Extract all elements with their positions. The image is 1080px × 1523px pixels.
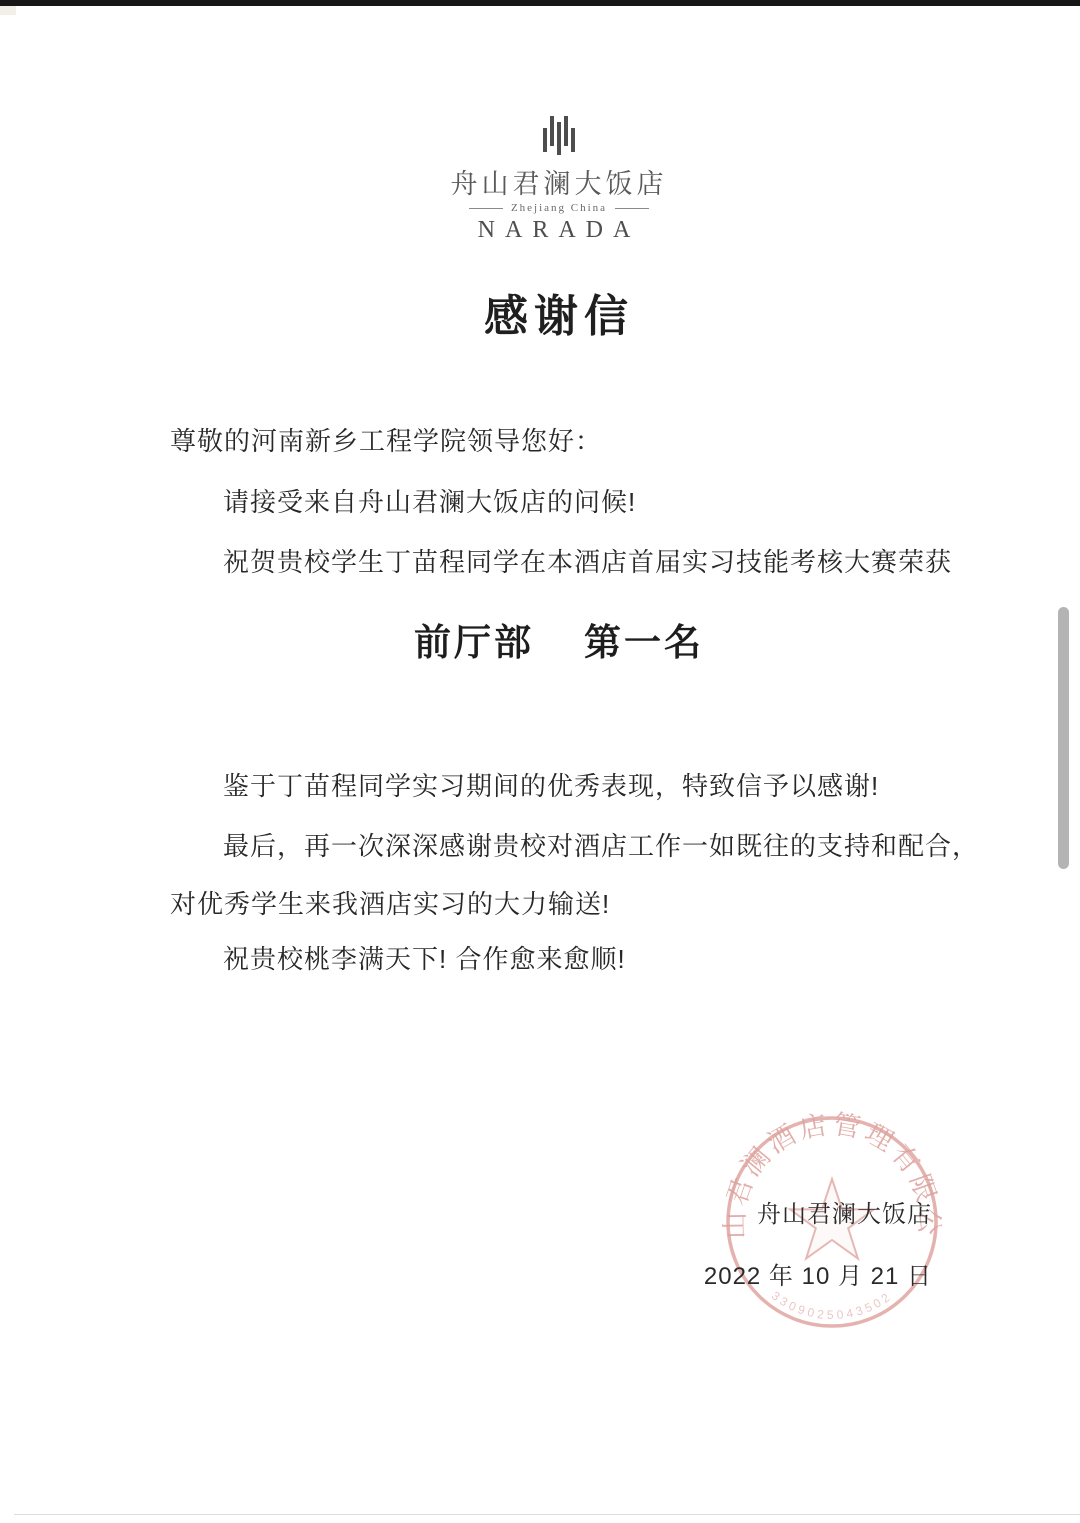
hotel-logo: 舟山君澜大饭店 Zhejiang China NARADA	[0, 116, 1080, 244]
window-top-bar	[0, 0, 1080, 6]
top-left-notch	[0, 6, 16, 15]
body-line: 请接受来自舟山君澜大饭店的问候!	[170, 482, 636, 519]
page-bottom-edge	[14, 1514, 1080, 1515]
body-line: 祝贵校桃李满天下! 合作愈来愈顺!	[170, 939, 626, 976]
award-department: 前厅部	[414, 622, 534, 663]
rule-right	[615, 208, 649, 209]
body-line: 祝贺贵校学生丁苗程同学在本酒店首届实习技能考核大赛荣获	[170, 542, 952, 579]
body-line: 鉴于丁苗程同学实习期间的优秀表现，特致信予以感谢!	[170, 766, 879, 803]
hotel-region-line: Zhejiang China	[38, 202, 1080, 214]
award-line: 前厅部第一名	[0, 612, 1080, 666]
rule-left	[469, 208, 503, 209]
award-rank: 第一名	[584, 622, 704, 663]
signature-date: 2022 年 10 月 21 日	[704, 1256, 932, 1291]
vertical-scrollbar-thumb[interactable]	[1058, 607, 1069, 869]
body-line: 最后，再一次深深感谢贵校对酒店工作一如既往的支持和配合，	[170, 826, 979, 863]
letter-title: 感谢信	[0, 280, 1080, 344]
hotel-name-cn: 舟山君澜大饭店	[38, 162, 1080, 201]
region-text: Zhejiang China	[511, 202, 607, 214]
brand-name: NARADA	[38, 217, 1080, 244]
body-line: 对优秀学生来我酒店实习的大力输送!	[170, 884, 610, 921]
signature-block: 舟山君澜大饭店 2022 年 10 月 21 日	[704, 1194, 932, 1291]
salutation-line: 尊敬的河南新乡工程学院领导您好：	[170, 421, 602, 458]
narada-bars-icon	[543, 116, 575, 156]
signature-hotel-name: 舟山君澜大饭店	[704, 1194, 932, 1229]
